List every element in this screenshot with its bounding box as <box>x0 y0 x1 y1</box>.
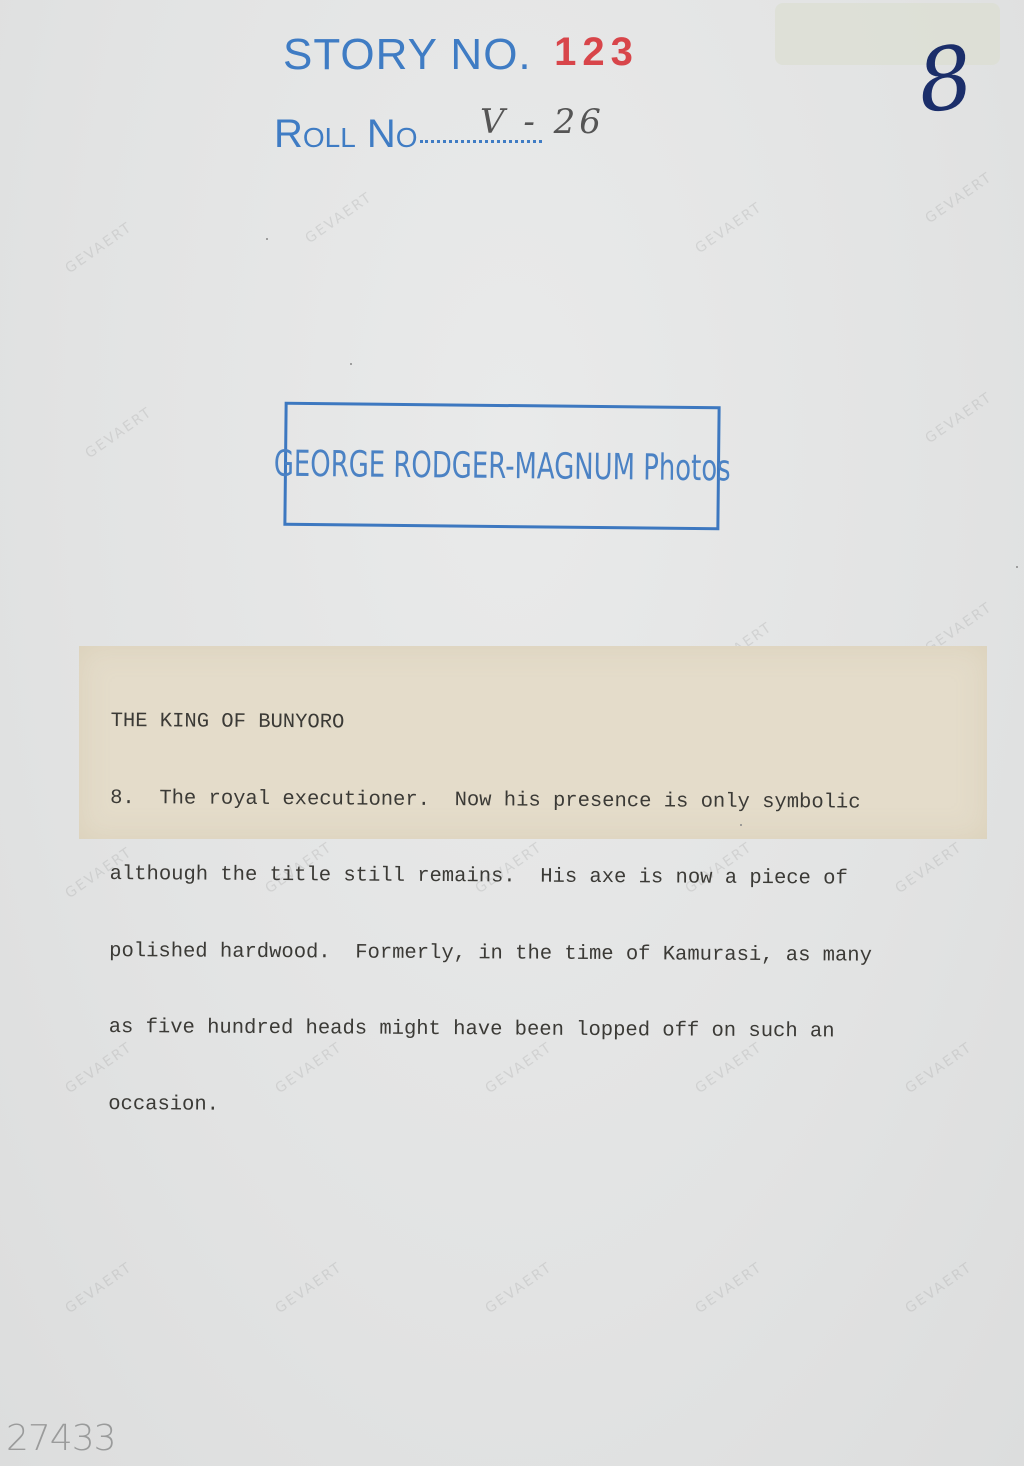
caption-line: as five hundred heads might have been lo… <box>109 1015 872 1045</box>
paper-speck <box>740 824 742 826</box>
paper-watermark: GEVAERT <box>692 199 765 257</box>
paper-watermark: GEVAERT <box>692 1259 765 1317</box>
roll-label: Roll No <box>274 112 418 156</box>
reference-number-handwritten: 27433 <box>6 1418 116 1459</box>
story-number-stamp: STORY NO. 123 <box>283 30 639 80</box>
paper-speck <box>266 238 268 240</box>
story-number: 123 <box>554 30 639 74</box>
paper-watermark: GEVAERT <box>902 1039 975 1097</box>
credit-stamp-text: GEORGE RODGER-MAGNUM Photos <box>273 443 730 489</box>
roll-number-handwritten: V - 26 <box>480 102 605 142</box>
paper-speck <box>1016 566 1018 568</box>
caption-line: although the title still remains. His ax… <box>110 862 873 892</box>
paper-watermark: GEVAERT <box>482 1259 555 1317</box>
paper-watermark: GEVAERT <box>922 169 995 227</box>
caption-text: THE KING OF BUNYORO 8. The royal executi… <box>108 658 874 1173</box>
photographer-credit-stamp: GEORGE RODGER-MAGNUM Photos <box>283 402 720 531</box>
caption-slip: THE KING OF BUNYORO 8. The royal executi… <box>79 646 987 839</box>
paper-speck <box>350 363 352 365</box>
story-label: STORY NO. <box>283 30 532 79</box>
paper-watermark: GEVAERT <box>62 219 135 277</box>
caption-line: polished hardwood. Formerly, in the time… <box>109 938 872 968</box>
caption-line: 8. The royal executioner. Now his presen… <box>110 785 873 815</box>
caption-line: occasion. <box>108 1091 871 1121</box>
paper-watermark: GEVAERT <box>302 189 375 247</box>
paper-watermark: GEVAERT <box>902 1259 975 1317</box>
caption-title: THE KING OF BUNYORO <box>111 709 874 739</box>
paper-watermark: GEVAERT <box>82 404 155 462</box>
paper-watermark: GEVAERT <box>892 839 965 897</box>
paper-watermark: GEVAERT <box>272 1259 345 1317</box>
paper-watermark: GEVAERT <box>62 1259 135 1317</box>
paper-watermark: GEVAERT <box>922 389 995 447</box>
